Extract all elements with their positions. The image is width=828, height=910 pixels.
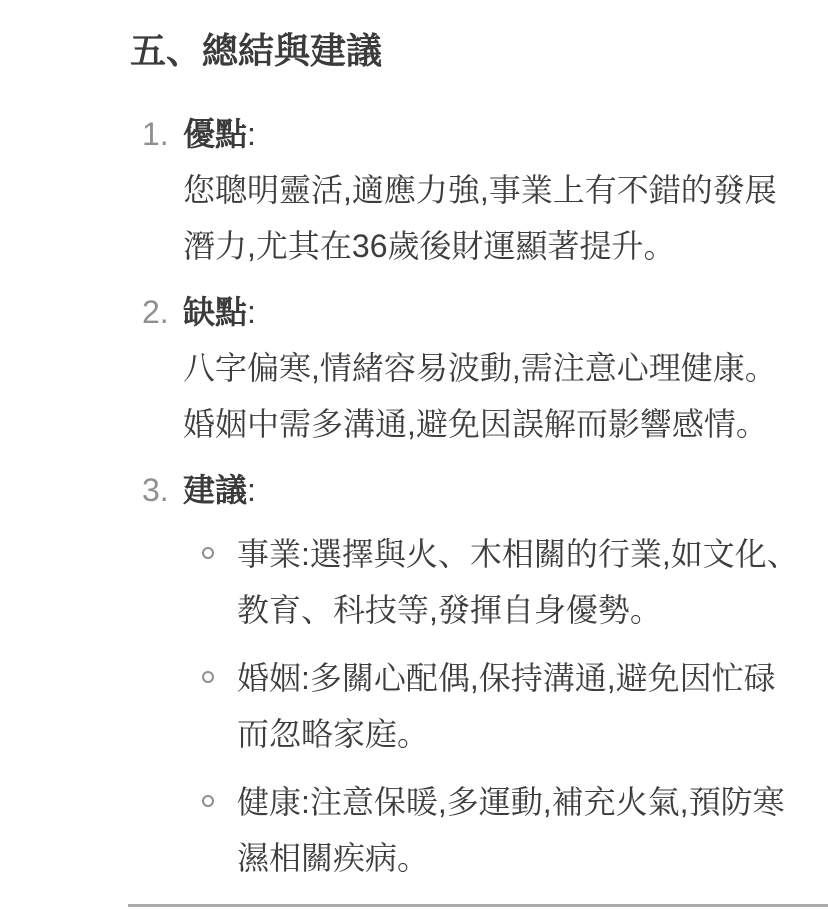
list-number: 3. — [142, 462, 169, 518]
item-label-line: 優點: — [183, 106, 799, 162]
item-paragraph: 您聰明靈活,適應力強,事業上有不錯的發展潛力,尤其在36歲後財運顯著提升。 — [183, 162, 799, 274]
summary-list: 1. 優點: 您聰明靈活,適應力強,事業上有不錯的發展潛力,尤其在36歲後財運顯… — [0, 106, 799, 886]
sub-list-item-career: 事業:選擇與火、木相關的行業,如文化、教育、科技等,發揮自身優勢。 — [183, 526, 799, 638]
item-label-line: 缺點: — [183, 284, 799, 340]
bullet-circle-icon — [202, 547, 214, 559]
item-label-line: 建議: — [183, 462, 799, 518]
list-item-advantages: 1. 優點: 您聰明靈活,適應力強,事業上有不錯的發展潛力,尤其在36歲後財運顯… — [0, 106, 799, 274]
sub-list-item-marriage: 婚姻:多關心配偶,保持溝通,避免因忙碌而忽略家庭。 — [183, 650, 799, 762]
section-heading: 五、總結與建議 — [130, 29, 799, 73]
item-paragraph: 八字偏寒,情緒容易波動,需注意心理健康。婚姻中需多溝通,避免因誤解而影響感情。 — [183, 340, 799, 452]
section-divider — [128, 904, 828, 907]
item-label: 優點 — [183, 116, 247, 152]
document-page: 五、總結與建議 1. 優點: 您聰明靈活,適應力強,事業上有不錯的發展潛力,尤其… — [0, 0, 828, 910]
item-label: 缺點 — [183, 294, 247, 330]
list-item-suggestions: 3. 建議: 事業:選擇與火、木相關的行業,如文化、教育、科技等,發揮自身優勢。… — [0, 462, 799, 886]
sub-item-text: 健康:注意保暖,多運動,補充火氣,預防寒濕相關疾病。 — [237, 784, 785, 876]
list-number: 2. — [142, 284, 169, 340]
item-colon: : — [247, 294, 256, 330]
bullet-circle-icon — [202, 795, 214, 807]
list-number: 1. — [142, 106, 169, 162]
suggestions-sublist: 事業:選擇與火、木相關的行業,如文化、教育、科技等,發揮自身優勢。 婚姻:多關心… — [183, 526, 799, 886]
sub-list-item-health: 健康:注意保暖,多運動,補充火氣,預防寒濕相關疾病。 — [183, 774, 799, 886]
bullet-circle-icon — [202, 671, 214, 683]
list-item-disadvantages: 2. 缺點: 八字偏寒,情緒容易波動,需注意心理健康。婚姻中需多溝通,避免因誤解… — [0, 284, 799, 452]
sub-item-text: 事業:選擇與火、木相關的行業,如文化、教育、科技等,發揮自身優勢。 — [237, 536, 799, 628]
item-colon: : — [247, 472, 256, 508]
item-colon: : — [247, 116, 256, 152]
sub-item-text: 婚姻:多關心配偶,保持溝通,避免因忙碌而忽略家庭。 — [237, 660, 776, 752]
item-label: 建議 — [183, 472, 247, 508]
